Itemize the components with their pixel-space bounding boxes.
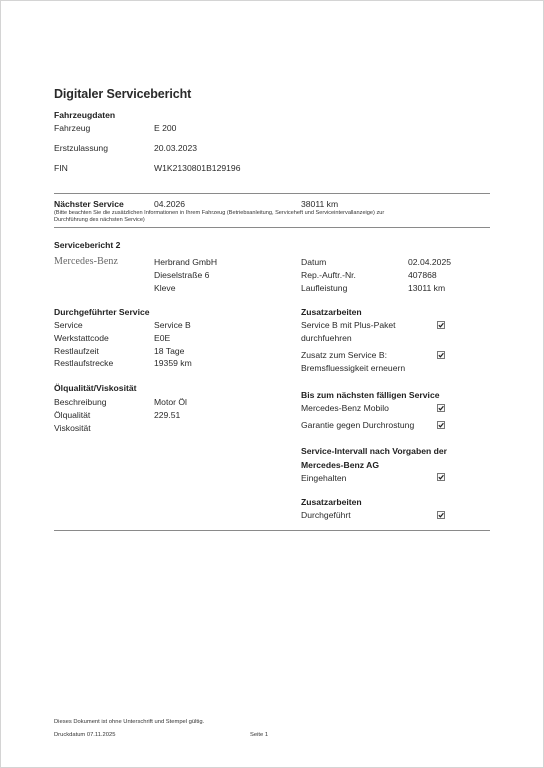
date-label: Datum (301, 257, 326, 267)
order-number-value: 407868 (408, 270, 437, 280)
additional-work-item-2-line1: Zusatz zum Service B: (301, 350, 387, 360)
dealer-name: Herbrand GmbH (154, 257, 217, 267)
report-heading: Servicebericht 2 (54, 240, 120, 250)
oil-quality-label: Ölqualität (54, 410, 90, 420)
additional-work-item-2-checkbox[interactable] (437, 351, 445, 359)
date-value: 02.04.2025 (408, 257, 451, 267)
rust-warranty-label: Garantie gegen Durchrostung (301, 420, 414, 430)
oil-description-value: Motor Öl (154, 397, 187, 407)
performed-service-heading: Durchgeführter Service (54, 307, 150, 317)
brand-logo: Mercedes-Benz (54, 256, 118, 267)
next-service-date: 04.2026 (154, 199, 185, 209)
dealer-street: Dieselstraße 6 (154, 270, 209, 280)
checkmark-icon (438, 322, 444, 328)
vehicle-value: E 200 (154, 123, 176, 133)
oil-quality-value: 229.51 (154, 410, 180, 420)
checkmark-icon (438, 474, 444, 480)
mobilo-checkbox[interactable] (437, 404, 445, 412)
vehicle-heading: Fahrzeugdaten (54, 110, 115, 120)
checkmark-icon (438, 422, 444, 428)
remaining-distance-value: 19359 km (154, 358, 192, 368)
additional-work-item-2-line2: Bremsfluessigkeit erneuern (301, 363, 405, 373)
order-number-label: Rep.-Auftr.-Nr. (301, 270, 356, 280)
remaining-time-label: Restlaufzeit (54, 346, 99, 356)
first-registration-label: Erstzulassung (54, 143, 108, 153)
vehicle-label: Fahrzeug (54, 123, 90, 133)
next-service-note-line1: (Bitte beachten Sie die zusätzlichen Inf… (54, 210, 384, 217)
mobilo-label: Mercedes-Benz Mobilo (301, 403, 389, 413)
checkmark-icon (438, 405, 444, 411)
validity-note: Dieses Dokument ist ohne Unterschrift un… (54, 719, 204, 725)
oil-description-label: Beschreibung (54, 397, 107, 407)
checkmark-icon (438, 352, 444, 358)
additional-work-item-1-line1: Service B mit Plus-Paket (301, 320, 396, 330)
remaining-distance-label: Restlaufstrecke (54, 358, 113, 368)
interval-heading-line2: Mercedes-Benz AG (301, 460, 379, 470)
interval-complied-checkbox[interactable] (437, 473, 445, 481)
page-number: Seite 1 (250, 732, 268, 738)
until-next-heading: Bis zum nächsten fälligen Service (301, 390, 440, 400)
divider (54, 530, 490, 531)
additional-work-heading: Zusatzarbeiten (301, 307, 362, 317)
first-registration-value: 20.03.2023 (154, 143, 197, 153)
workshop-code-label: Werkstattcode (54, 333, 109, 343)
next-service-label: Nächster Service (54, 199, 124, 209)
additional-work-item-1-line2: durchfuehren (301, 333, 352, 343)
workshop-code-value: E0E (154, 333, 170, 343)
next-service-note-line2: Durchführung des nächsten Service) (54, 217, 145, 224)
performed-checkbox[interactable] (437, 511, 445, 519)
vin-value: W1K2130801B129196 (154, 163, 241, 173)
next-service-mileage: 38011 km (301, 199, 338, 209)
interval-complied-label: Eingehalten (301, 473, 346, 483)
document-page: Digitaler Servicebericht Fahrzeugdaten F… (0, 0, 544, 768)
service-label: Service (54, 320, 83, 330)
mileage-label: Laufleistung (301, 283, 347, 293)
remaining-time-value: 18 Tage (154, 346, 184, 356)
viscosity-label: Viskosität (54, 423, 91, 433)
mileage-value: 13011 km (408, 283, 445, 293)
vin-label: FIN (54, 163, 68, 173)
divider (54, 193, 490, 194)
print-date: Druckdatum 07.11.2025 (54, 732, 115, 738)
checkmark-icon (438, 512, 444, 518)
dealer-city: Kleve (154, 283, 176, 293)
performed-label: Durchgeführt (301, 510, 351, 520)
additional-work-item-1-checkbox[interactable] (437, 321, 445, 329)
divider (54, 227, 490, 228)
interval-heading-line1: Service-Intervall nach Vorgaben der (301, 446, 447, 456)
oil-heading: Ölqualität/Viskosität (54, 383, 136, 393)
additional-work-2-heading: Zusatzarbeiten (301, 497, 362, 507)
rust-warranty-checkbox[interactable] (437, 421, 445, 429)
document-title: Digitaler Servicebericht (54, 87, 191, 101)
service-value: Service B (154, 320, 191, 330)
